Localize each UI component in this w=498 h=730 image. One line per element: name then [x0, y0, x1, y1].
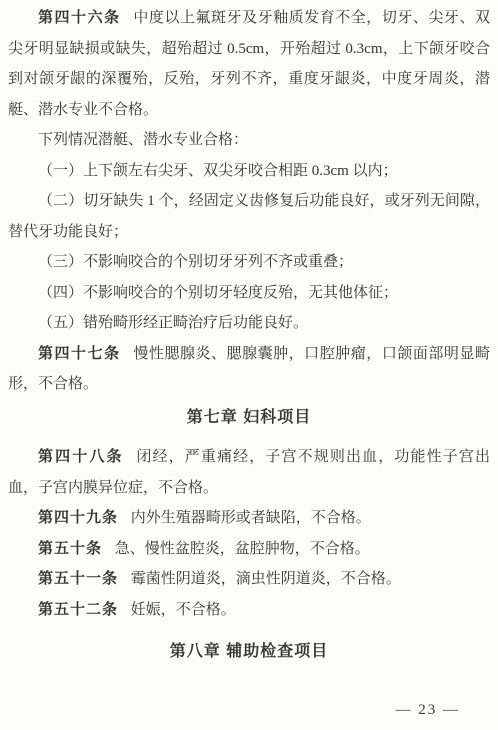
article-48-paragraph: 第四十八条闭经，严重痛经，子宫不规则出血，功能性子宫出血，子宫内膜异位症，不合格… — [8, 442, 490, 503]
article-46-label: 第四十六条 — [38, 9, 121, 26]
qualified-item-3: （三）不影响咬合的个别切牙牙列不齐或重叠； — [8, 247, 490, 278]
article-50-label: 第五十条 — [38, 540, 102, 557]
qualified-item-2: （二）切牙缺失 1 个，经固定义齿修复后功能良好，或牙列无间隙，替代牙功能良好； — [8, 186, 490, 247]
article-52-label: 第五十二条 — [38, 601, 118, 618]
article-46-text: 中度以上氟斑牙及牙釉质发育不全，切牙、尖牙、双尖牙明显缺损或缺失，超殆超过 0.… — [8, 10, 490, 118]
article-52-paragraph: 第五十二条妊娠，不合格。 — [8, 595, 490, 626]
article-49-text: 内外生殖器畸形或者缺陷，不合格。 — [131, 510, 371, 526]
article-47-label: 第四十七条 — [38, 345, 121, 362]
article-48-label: 第四十八条 — [38, 448, 124, 465]
document-page: 第四十六条中度以上氟斑牙及牙釉质发育不全，切牙、尖牙、双尖牙明显缺损或缺失，超殆… — [0, 0, 498, 730]
article-52-text: 妊娠，不合格。 — [131, 602, 236, 618]
qualified-item-1: （一）上下颌左右尖牙、双尖牙咬合相距 0.3cm 以内； — [8, 156, 490, 187]
article-46-paragraph: 第四十六条中度以上氟斑牙及牙釉质发育不全，切牙、尖牙、双尖牙明显缺损或缺失，超殆… — [8, 3, 490, 125]
article-50-paragraph: 第五十条急、慢性盆腔炎，盆腔肿物，不合格。 — [8, 534, 490, 565]
article-50-text: 急、慢性盆腔炎，盆腔肿物，不合格。 — [115, 541, 370, 557]
qualified-intro-paragraph: 下列情况潜艇、潜水专业合格： — [8, 125, 490, 156]
article-49-paragraph: 第四十九条内外生殖器畸形或者缺陷，不合格。 — [8, 503, 490, 534]
chapter-8-heading: 第八章 辅助检查项目 — [8, 637, 490, 668]
page-number: — 23 — — [8, 695, 490, 726]
article-49-label: 第四十九条 — [38, 509, 118, 526]
article-51-text: 霉菌性阴道炎，滴虫性阴道炎，不合格。 — [131, 571, 401, 587]
chapter-7-heading: 第七章 妇科项目 — [8, 403, 490, 434]
qualified-item-5: （五）错殆畸形经正畸治疗后功能良好。 — [8, 308, 490, 339]
qualified-item-4: （四）不影响咬合的个别切牙轻度反殆，无其他体征； — [8, 278, 490, 309]
article-51-paragraph: 第五十一条霉菌性阴道炎，滴虫性阴道炎，不合格。 — [8, 564, 490, 595]
article-47-paragraph: 第四十七条慢性腮腺炎、腮腺囊肿，口腔肿瘤，口颌面部明显畸形，不合格。 — [8, 339, 490, 400]
article-51-label: 第五十一条 — [38, 570, 118, 587]
